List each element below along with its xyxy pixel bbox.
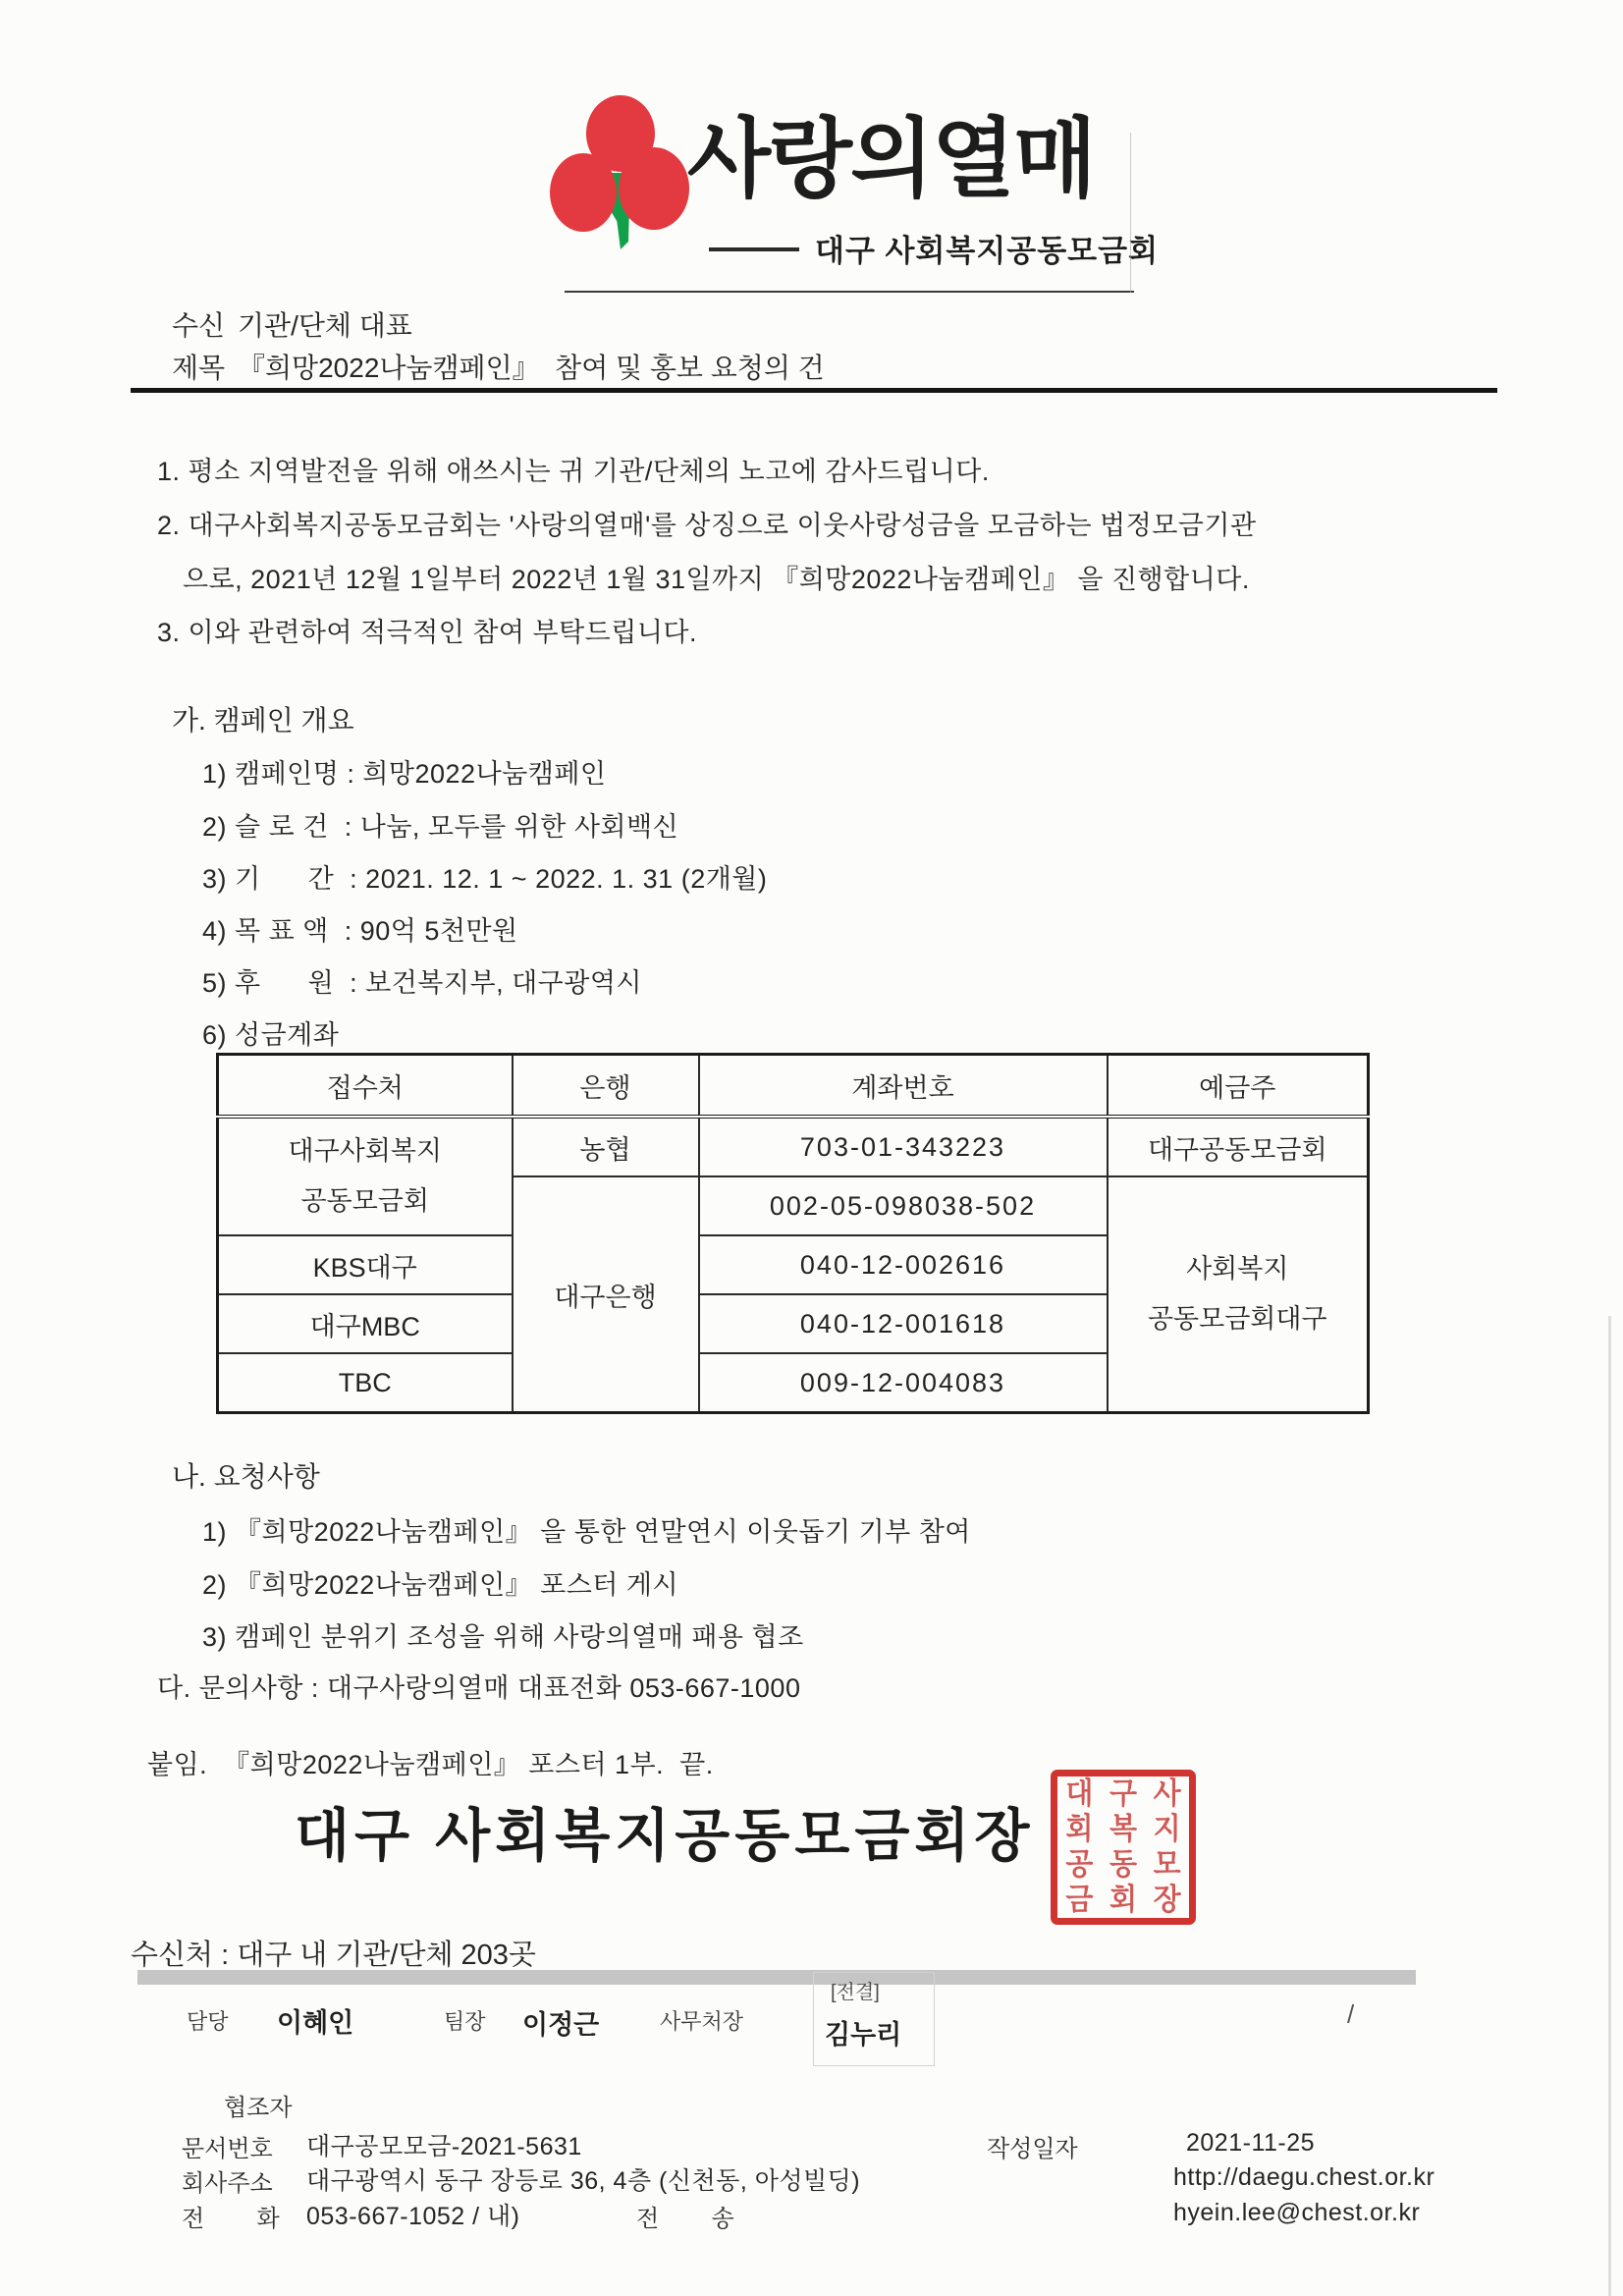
approver-name: 이혜인 [277, 2001, 353, 2040]
logo-frame-artifact [1130, 133, 1131, 293]
overview-item: 5) 후 원 : 보건복지부, 대구광역시 [202, 961, 642, 1000]
page-slash-mark: / [1347, 1999, 1354, 2030]
body-paragraph: 으로, 2021년 12월 1일부터 2022년 1월 31일까지 『희망202… [183, 558, 1250, 596]
doc-no-label: 문서번호 [182, 2129, 273, 2163]
seal-char: 구 [1109, 1779, 1137, 1809]
seal-char: 회 [1109, 1886, 1137, 1915]
holder-daegu-chest: 대구공동모금회 [1108, 1117, 1369, 1176]
overview-item: 3) 기 간 : 2021. 12. 1 ~ 2022. 1. 31 (2개월) [202, 857, 767, 896]
seal-char: 금 [1065, 1886, 1093, 1915]
overview-heading: 가. 캠페인 개요 [172, 699, 354, 738]
body-paragraph: 2. 대구사회복지공동모금회는 '사랑의열매'를 상징으로 이웃사랑성금을 모금… [157, 504, 1257, 542]
date-value: 2021-11-25 [1186, 2129, 1315, 2158]
col-header-account-no: 계좌번호 [699, 1055, 1108, 1118]
subject-value: 『희망2022나눔캠페인』 참여 및 홍보 요청의 건 [238, 347, 825, 386]
seal-char: 모 [1154, 1850, 1181, 1880]
recipient-value: 기관/단체 대표 [238, 304, 412, 344]
overview-item: 1) 캠페인명 : 희망2022나눔캠페인 [202, 752, 606, 791]
seal-char: 사 [1154, 1779, 1181, 1809]
col-header-receiver: 접수처 [218, 1055, 513, 1118]
logo-dash [709, 247, 799, 251]
seal-char: 동 [1109, 1850, 1137, 1880]
table-row: 대구사회복지 공동모금회 농협 703-01-343223 대구공동모금회 [218, 1117, 1369, 1176]
scan-edge-artifact [1608, 1316, 1611, 2296]
approver-name: 김누리 [825, 2013, 901, 2051]
signer-title: 대구 사회복지공동모금회장 [295, 1789, 1034, 1872]
col-header-bank: 은행 [513, 1055, 699, 1118]
address-label: 회사주소 [182, 2163, 273, 2198]
love-fruit-berries-icon [546, 94, 695, 251]
col-header-holder: 예금주 [1108, 1055, 1369, 1118]
final-decision-mark: [전결] [831, 1976, 880, 2004]
receiver-line: 대구사회복지 [219, 1126, 512, 1176]
tel-value: 053-667-1052 / 내) [306, 2197, 520, 2232]
address-value: 대구광역시 동구 장등로 36, 4층 (신천동, 아성빌딩) [306, 2161, 860, 2197]
overview-item: 6) 성금계좌 [202, 1013, 339, 1052]
account-number: 040-12-001618 [699, 1294, 1108, 1353]
bank-nonghyup: 농협 [513, 1117, 699, 1176]
requests-heading: 나. 요청사항 [172, 1455, 320, 1495]
email-value: hyein.lee@chest.or.kr [1173, 2199, 1420, 2227]
org-name: 대구 사회복지공동모금회 [815, 226, 1159, 270]
receiver-kbs-daegu: KBS대구 [218, 1235, 513, 1294]
receiver-line: 공동모금회 [219, 1176, 512, 1227]
seal-char: 지 [1154, 1815, 1181, 1844]
holder-line: 사회복지 [1109, 1244, 1368, 1294]
body-paragraph: 3. 이와 관련하여 적극적인 참여 부탁드립니다. [157, 611, 697, 649]
website-url: http://daegu.chest.or.kr [1173, 2163, 1434, 2192]
seal-char: 장 [1154, 1886, 1181, 1915]
attachment-line: 붙임. 『희망2022나눔캠페인』 포스터 1부. 끝. [147, 1743, 714, 1781]
seal-char: 공 [1065, 1850, 1093, 1880]
logo-underline [565, 291, 1134, 293]
cooperator-label: 협조자 [224, 2088, 293, 2122]
table-header-row: 접수처 은행 계좌번호 예금주 [218, 1055, 1369, 1118]
receiver-tbc: TBC [218, 1353, 513, 1413]
approver-role: 사무처장 [660, 2005, 743, 2036]
scanned-official-document: 사랑의열매 대구 사회복지공동모금회 수신 기관/단체 대표 제목 『희망202… [0, 0, 1623, 2296]
inquiry-line: 다. 문의사항 : 대구사랑의열매 대표전화 053-667-1000 [157, 1667, 800, 1705]
account-number: 040-12-002616 [699, 1235, 1108, 1294]
official-seal-stamp: 대 구 사 회 복 지 공 동 모 금 회 장 [1051, 1770, 1196, 1925]
request-item: 2) 『희망2022나눔캠페인』 포스터 게시 [202, 1563, 678, 1602]
tel-label: 전 화 [182, 2199, 280, 2233]
approver-name: 이정근 [522, 2003, 599, 2042]
holder-social-welfare: 사회복지 공동모금회대구 [1108, 1176, 1369, 1413]
approver-role: 담당 [187, 2005, 229, 2036]
overview-item: 2) 슬 로 건 : 나눔, 모두를 위한 사회백신 [202, 805, 678, 844]
request-item: 1) 『희망2022나눔캠페인』 을 통한 연말연시 이웃돕기 기부 참여 [202, 1510, 971, 1549]
subject-label: 제목 [172, 347, 225, 386]
recipient-label: 수신 [172, 304, 225, 344]
seal-char: 회 [1065, 1815, 1093, 1844]
fax-label: 전 송 [636, 2199, 734, 2233]
request-item: 3) 캠페인 분위기 조성을 위해 사랑의열매 패용 협조 [202, 1615, 804, 1654]
header-rule [131, 388, 1497, 393]
overview-item: 4) 목 표 액 : 90억 5천만원 [202, 909, 518, 948]
account-number: 703-01-343223 [699, 1117, 1108, 1176]
account-number: 009-12-004083 [699, 1353, 1108, 1413]
seal-char: 대 [1065, 1779, 1093, 1809]
account-number: 002-05-098038-502 [699, 1176, 1108, 1235]
distribution-line: 수신처 : 대구 내 기관/단체 203곳 [131, 1933, 536, 1973]
donation-account-table: 접수처 은행 계좌번호 예금주 대구사회복지 공동모금회 농협 703-01-3… [216, 1053, 1370, 1414]
holder-line: 공동모금회대구 [1109, 1294, 1368, 1344]
brand-title: 사랑의열매 [687, 90, 1095, 214]
receiver-daegu-mbc: 대구MBC [218, 1294, 513, 1353]
date-label: 작성일자 [987, 2129, 1078, 2163]
seal-char: 복 [1109, 1815, 1137, 1844]
bank-daegu-bank: 대구은행 [513, 1176, 699, 1413]
doc-no-value: 대구공모모금-2021-5631 [306, 2127, 582, 2162]
footer-separator-bar [137, 1970, 1416, 1985]
receiver-daegu-chest: 대구사회복지 공동모금회 [218, 1117, 513, 1235]
approver-role: 팀장 [444, 2005, 486, 2036]
body-paragraph: 1. 평소 지역발전을 위해 애쓰시는 귀 기관/단체의 노고에 감사드립니다. [157, 450, 990, 488]
